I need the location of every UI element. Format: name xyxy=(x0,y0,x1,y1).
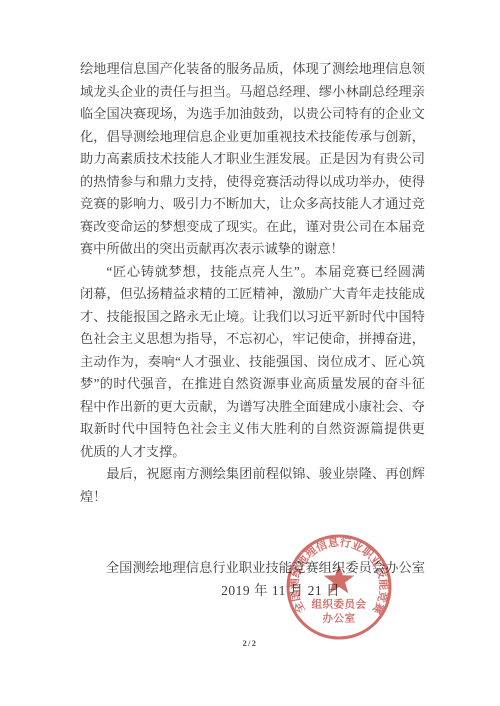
paragraph-1-line-7: 竞赛的影响力、吸引力不断加大，让众多高技能人才通过竞 xyxy=(80,193,425,216)
paragraph-2-line-9: 优质的人才支撑。 xyxy=(80,441,425,464)
paragraph-3-line-2: 煌！ xyxy=(80,486,425,509)
paragraph-2-line-4: 色社会主义思想为指导，不忘初心，牢记使命，拼搏奋进， xyxy=(80,328,425,351)
paragraph-1-line-3: 临全国决赛现场，为选手加油鼓劲，以贵公司特有的企业文 xyxy=(80,103,425,126)
date-line: 2019 年 11 月 21 日 xyxy=(80,581,425,600)
paragraph-2-line-8: 取新时代中国特色社会主义伟大胜利的自然资源篇提供更 xyxy=(80,418,425,441)
paragraph-1-line-4: 化，倡导测绘地理信息企业更加重视技术技能传承与创新， xyxy=(80,126,425,149)
paragraph-2-line-6: 梦”的时代强音，在推进自然资源事业高质量发展的奋斗征 xyxy=(80,373,425,396)
paragraph-2-line-5: 主动作为，奏响“人才强业、技能强国、岗位成才、匠心筑 xyxy=(80,351,425,374)
letter-page: 绘地理信息国产化装备的服务品质，体现了测绘地理信息领域龙头企业的责任与担当。马超… xyxy=(0,0,500,706)
paragraph-3-line-1: 最后，祝愿南方测绘集团前程似锦、骏业崇隆、再创辉 xyxy=(80,463,425,486)
paragraph-1-line-6: 的热情参与和鼎力支持，使得竞赛活动得以成功举办，使得 xyxy=(80,171,425,194)
paragraph-1-line-9: 赛中所做出的突出贡献再次表示诚挚的谢意！ xyxy=(80,238,425,261)
paragraph-1-line-1: 绘地理信息国产化装备的服务品质，体现了测绘地理信息领 xyxy=(80,58,425,81)
paragraph-2-line-2: 闭幕，但弘扬精益求精的工匠精神，激励广大青年走技能成 xyxy=(80,283,425,306)
paragraph-2-line-7: 程中作出新的更大贡献，为谱写决胜全面建成小康社会、夺 xyxy=(80,396,425,419)
letter-body: 绘地理信息国产化装备的服务品质，体现了测绘地理信息领域龙头企业的责任与担当。马超… xyxy=(80,58,425,508)
paragraph-1-line-8: 赛改变命运的梦想变成了现实。在此，谨对贵公司在本届竞 xyxy=(80,216,425,239)
paragraph-2-line-3: 才、技能报国之路永无止境。让我们以习近平新时代中国特 xyxy=(80,306,425,329)
paragraph-2-line-1: “匠心铸就梦想，技能点亮人生”。本届竞赛已经圆满 xyxy=(80,261,425,284)
page-number: 2/2 xyxy=(0,639,500,648)
paragraph-1-line-5: 助力高素质技术技能人才职业生涯发展。正是因为有贵公司 xyxy=(80,148,425,171)
signature-line: 全国测绘地理信息行业职业技能竞赛组织委员会办公室 xyxy=(80,558,425,577)
seal-office-text: 办公室 xyxy=(323,612,356,625)
paragraph-1-line-2: 域龙头企业的责任与担当。马超总经理、缪小林副总经理亲 xyxy=(80,81,425,104)
